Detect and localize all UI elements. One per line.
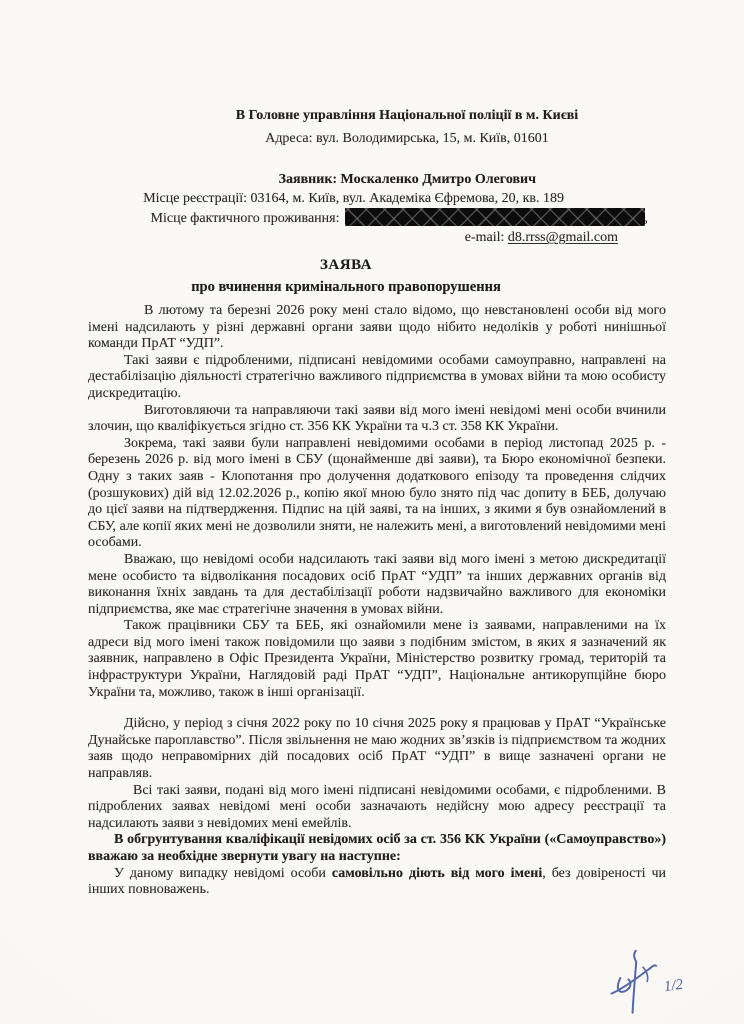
body-paragraph-3: Виготовляючи та направляючи такі заяви в… — [88, 403, 666, 436]
recipient-address: Адреса: вул. Володимирська, 15, м. Київ,… — [148, 127, 666, 150]
signature-stroke-icon — [596, 945, 720, 1024]
body-paragraph-2: Такі заяви є підробленими, підписані нев… — [88, 353, 666, 403]
body-paragraph-5: Вважаю, що невідомі особи надсилають так… — [88, 552, 666, 618]
paragraph-10-prefix: У даному випадку невідомі особи — [114, 866, 332, 881]
document-title-block: ЗАЯВА про вчинення кримінального правопо… — [88, 254, 666, 298]
body-paragraph-4: Зокрема, такі заяви були направлені неві… — [88, 436, 666, 552]
scanned-document-page: В Головне управління Національної поліці… — [0, 0, 744, 1024]
body-paragraph-8: Всі такі заяви, подані від мого імені пі… — [88, 783, 666, 833]
applicant-registration: Місце реєстрації: 03164, м. Київ, вул. А… — [88, 189, 564, 208]
document-body: В лютому та березні 2026 року мені стало… — [88, 303, 666, 899]
body-paragraph-1: В лютому та березні 2026 року мені стало… — [88, 303, 666, 353]
redaction-box — [345, 208, 645, 226]
applicant-residence: Місце фактичного проживання:, — [88, 208, 648, 228]
paragraph-10-bold: самовільно діють від мого імені — [332, 866, 542, 881]
residence-suffix: , — [645, 211, 649, 226]
recipient-block: В Головне управління Національної поліці… — [88, 104, 666, 150]
body-paragraph-7: Дійсно, у період з січня 2022 року по 10… — [88, 716, 666, 782]
applicant-block: Заявник: Москаленко Дмитро Олегович Місц… — [88, 170, 666, 247]
body-paragraph-10: У даному випадку невідомі особи самовіль… — [88, 866, 666, 899]
body-paragraph-6: Також працівники СБУ та БЕБ, які ознайом… — [88, 618, 666, 701]
document-subtitle: про вчинення кримінального правопорушенн… — [88, 276, 604, 298]
recipient-authority: В Головне управління Національної поліці… — [148, 104, 666, 127]
email-label: e-mail: — [465, 230, 508, 245]
residence-label: Місце фактичного проживання: — [151, 211, 340, 226]
page-number-note: 1/2 — [663, 977, 684, 997]
applicant-name: Заявник: Москаленко Дмитро Олегович — [88, 170, 536, 189]
document-title: ЗАЯВА — [88, 254, 604, 276]
body-paragraph-9-qualification: В обгрунтування кваліфікації невідомих о… — [88, 832, 666, 865]
email-address: d8.rrss@gmail.com — [508, 230, 618, 245]
applicant-email-line: e-mail: d8.rrss@gmail.com — [88, 228, 618, 247]
handwritten-signature: 1/2 — [598, 948, 718, 1024]
